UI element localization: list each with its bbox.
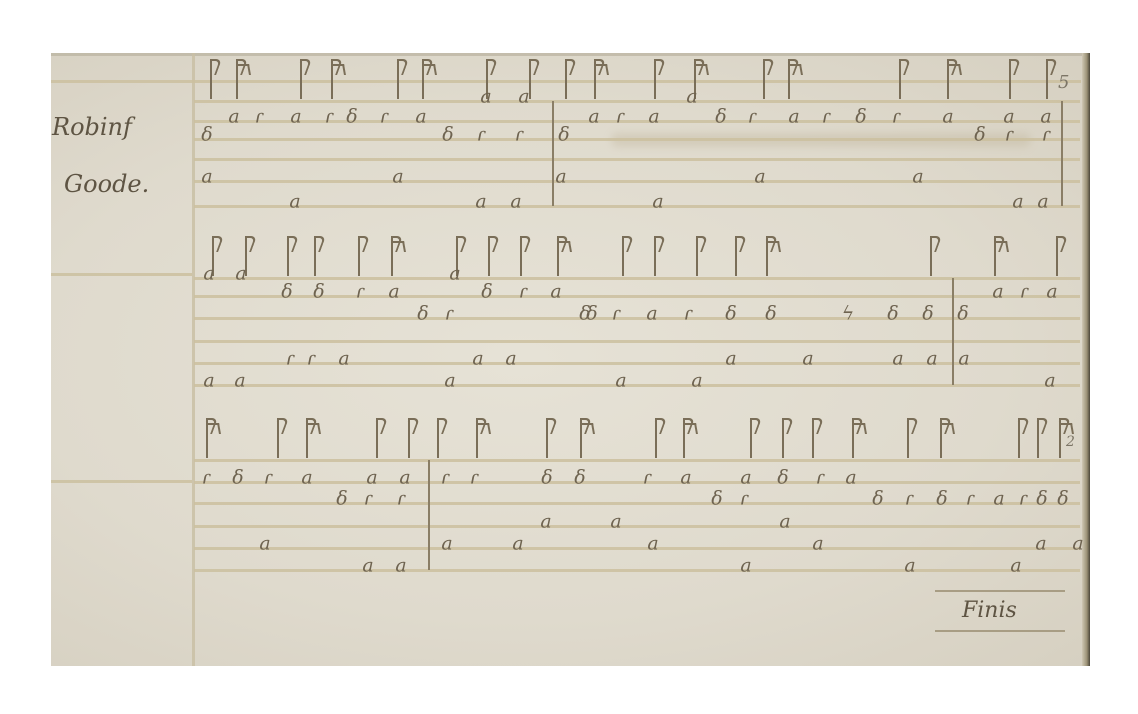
tab-letter: a [686, 88, 697, 107]
rhythm-flag [594, 59, 596, 99]
tab-letter: a [1037, 193, 1048, 212]
tab-letter: δ [765, 305, 776, 324]
tab-letter: ϟ [842, 305, 855, 324]
rhythm-flag [1059, 418, 1061, 458]
tab-letter: a [480, 88, 491, 107]
rhythm-flag [287, 236, 289, 276]
tab-letter: a [362, 557, 373, 576]
tab-letter: a [444, 372, 455, 391]
tab-letter: a [779, 513, 790, 532]
tab-letter: a [392, 168, 403, 187]
tablature: δaɾaɾδɾaδaɾaɾδaɾaaδɾaɾδɾaδaɾaɾaaaaaaaaaa… [0, 0, 1138, 714]
tab-letter: a [926, 350, 937, 369]
rhythm-flag [655, 418, 657, 458]
rhythm-flag [654, 59, 656, 99]
rhythm-flag [1046, 59, 1048, 99]
tab-letter: a [588, 108, 599, 127]
tab-letter: a [399, 469, 410, 488]
rhythm-flag [422, 59, 424, 99]
tab-letter: a [892, 350, 903, 369]
staff-line [194, 180, 1080, 183]
staff-line [194, 317, 1080, 320]
rhythm-flag [1009, 59, 1011, 99]
rhythm-flag [766, 236, 768, 276]
tab-letter: δ [201, 126, 212, 145]
tab-letter: ɾ [892, 108, 901, 127]
staff-line [194, 340, 1080, 343]
tab-letter: δ [558, 126, 569, 145]
rhythm-flag [683, 418, 685, 458]
barline [428, 460, 430, 570]
rhythm-flag [1056, 236, 1058, 276]
tab-letter: a [259, 535, 270, 554]
tab-letter: ɾ [748, 108, 757, 127]
staff-line [194, 481, 1080, 484]
rhythm-flag [358, 236, 360, 276]
rhythm-flag [300, 59, 302, 99]
tab-letter: a [472, 350, 483, 369]
tab-letter: δ [417, 305, 428, 324]
tab-letter: ɾ [356, 283, 365, 302]
tab-letter: a [610, 513, 621, 532]
tab-letter: a [802, 350, 813, 369]
barline [952, 278, 954, 385]
tab-letter: a [942, 108, 953, 127]
rhythm-flag [557, 236, 559, 276]
rhythm-flag [654, 236, 656, 276]
tab-letter: δ [974, 126, 985, 145]
tab-letter: a [441, 535, 452, 554]
rhythm-flag [788, 59, 790, 99]
tab-letter: δ [346, 108, 357, 127]
tab-letter: a [647, 535, 658, 554]
tab-letter: a [740, 557, 751, 576]
staff-line [194, 547, 1080, 550]
tab-letter: δ [777, 469, 788, 488]
barline [552, 101, 554, 206]
tab-letter: ɾ [441, 469, 450, 488]
rhythm-flag [782, 418, 784, 458]
tab-letter: a [449, 265, 460, 284]
tab-letter: a [958, 350, 969, 369]
staff-line [194, 138, 1080, 141]
tab-letter: a [648, 108, 659, 127]
tab-letter: δ [936, 490, 947, 509]
rhythm-flag [994, 236, 996, 276]
tab-letter: δ [1036, 490, 1047, 509]
tab-letter: ɾ [397, 490, 406, 509]
barline [1061, 101, 1063, 206]
tab-letter: δ [957, 305, 968, 324]
tab-letter: δ [872, 490, 883, 509]
rhythm-flag [210, 59, 212, 99]
tab-letter: ɾ [616, 108, 625, 127]
rhythm-flag [331, 59, 333, 99]
tab-letter: ɾ [380, 108, 389, 127]
tab-letter: a [505, 350, 516, 369]
tab-letter: a [512, 535, 523, 554]
rhythm-flag [947, 59, 949, 99]
tab-letter: a [415, 108, 426, 127]
tab-letter: a [1046, 283, 1057, 302]
tab-letter: a [1012, 193, 1023, 212]
tab-letter: a [550, 283, 561, 302]
tab-letter: a [338, 350, 349, 369]
tab-letter: a [228, 108, 239, 127]
rhythm-flag [763, 59, 765, 99]
tab-letter: a [301, 469, 312, 488]
tab-letter: δ [715, 108, 726, 127]
tab-letter: δ [541, 469, 552, 488]
rhythm-flag [376, 418, 378, 458]
tab-letter: a [201, 168, 212, 187]
tab-letter: a [475, 193, 486, 212]
tab-letter: a [366, 469, 377, 488]
tab-letter: ɾ [1020, 283, 1029, 302]
tab-letter: a [652, 193, 663, 212]
tab-letter: a [1010, 557, 1021, 576]
staff-line [194, 295, 1080, 298]
tab-letter: ɾ [684, 305, 693, 324]
rhythm-flag [488, 236, 490, 276]
tab-letter: δ [855, 108, 866, 127]
tab-letter: a [289, 193, 300, 212]
tab-letter: ɾ [519, 283, 528, 302]
tab-letter: ɾ [966, 490, 975, 509]
staff-line [194, 100, 1080, 103]
tab-letter: a [388, 283, 399, 302]
staff-line [194, 525, 1080, 528]
staff-line [194, 362, 1080, 365]
tab-letter: a [1072, 535, 1083, 554]
rhythm-flag [397, 59, 399, 99]
tab-letter: a [646, 305, 657, 324]
tab-letter: a [740, 469, 751, 488]
rhythm-flag [277, 418, 279, 458]
tab-letter: ɾ [822, 108, 831, 127]
tab-letter: a [993, 490, 1004, 509]
staff-line [194, 459, 1080, 462]
tab-letter: a [203, 372, 214, 391]
tab-letter: a [1035, 535, 1046, 554]
tab-letter: ɾ [286, 350, 295, 369]
tab-letter: δ [725, 305, 736, 324]
tab-letter: δ [481, 283, 492, 302]
tab-letter: ɾ [307, 350, 316, 369]
tab-letter: a [812, 535, 823, 554]
rhythm-flag [314, 236, 316, 276]
tab-letter: a [912, 168, 923, 187]
tab-letter: a [395, 557, 406, 576]
tab-letter: δ [336, 490, 347, 509]
tab-letter: a [754, 168, 765, 187]
rhythm-flag [696, 236, 698, 276]
rhythm-flag [812, 418, 814, 458]
tab-letter: a [992, 283, 1003, 302]
rhythm-flag [940, 418, 942, 458]
rhythm-flag [236, 59, 238, 99]
rhythm-flag [306, 418, 308, 458]
tab-letter: δ [887, 305, 898, 324]
rhythm-flag [852, 418, 854, 458]
tab-letter: a [203, 265, 214, 284]
tab-letter: δ [711, 490, 722, 509]
tab-letter: ɾ [1042, 126, 1051, 145]
tab-letter: a [1044, 372, 1055, 391]
tab-letter: a [234, 372, 245, 391]
tab-letter: a [691, 372, 702, 391]
tab-letter: δ [574, 469, 585, 488]
tab-letter: ɾ [905, 490, 914, 509]
tab-letter: ɾ [816, 469, 825, 488]
tab-letter: a [235, 265, 246, 284]
tab-letter: ɾ [1005, 126, 1014, 145]
staff-line [194, 158, 1080, 161]
tab-letter: a [788, 108, 799, 127]
tab-letter: a [615, 372, 626, 391]
tab-letter: ɾ [643, 469, 652, 488]
rhythm-flag [907, 418, 909, 458]
tab-letter: δ [313, 283, 324, 302]
tab-letter: a [680, 469, 691, 488]
rhythm-flag [1018, 418, 1020, 458]
tab-letter: δ [442, 126, 453, 145]
tab-letter: a [845, 469, 856, 488]
tab-letter: ɾ [364, 490, 373, 509]
tab-letter: ɾ [470, 469, 479, 488]
rhythm-flag [391, 236, 393, 276]
rhythm-flag [750, 418, 752, 458]
rhythm-flag [622, 236, 624, 276]
staff-line [194, 569, 1080, 572]
tab-letter: ɾ [740, 490, 749, 509]
rhythm-flag [546, 418, 548, 458]
tab-letter: ɾ [445, 305, 454, 324]
tab-letter: ɾ [255, 108, 264, 127]
rhythm-flag [899, 59, 901, 99]
staff-line [194, 384, 1080, 387]
tab-letter: ɾ [1019, 490, 1028, 509]
tab-letter: ɾ [264, 469, 273, 488]
rhythm-flag [1037, 418, 1039, 458]
rhythm-flag [520, 236, 522, 276]
tab-letter: δ [281, 283, 292, 302]
tab-letter: ɾ [477, 126, 486, 145]
tab-letter: a [510, 193, 521, 212]
tab-letter: a [540, 513, 551, 532]
tab-letter: δ [579, 305, 590, 324]
rhythm-flag [565, 59, 567, 99]
rhythm-flag [930, 236, 932, 276]
tab-letter: ɾ [612, 305, 621, 324]
rhythm-flag [206, 418, 208, 458]
tab-letter: ɾ [202, 469, 211, 488]
tab-letter: δ [1057, 490, 1068, 509]
rhythm-flag [437, 418, 439, 458]
staff-line [194, 277, 1080, 280]
tab-letter: a [725, 350, 736, 369]
tab-letter: a [290, 108, 301, 127]
tab-letter: ɾ [515, 126, 524, 145]
tab-letter: ɾ [325, 108, 334, 127]
rhythm-flag [408, 418, 410, 458]
rhythm-flag [735, 236, 737, 276]
tab-letter: δ [232, 469, 243, 488]
staff-line [194, 205, 1080, 208]
rhythm-flag [476, 418, 478, 458]
tab-letter: δ [922, 305, 933, 324]
tab-letter: a [555, 168, 566, 187]
tab-letter: a [518, 88, 529, 107]
tab-letter: a [904, 557, 915, 576]
rhythm-flag [580, 418, 582, 458]
